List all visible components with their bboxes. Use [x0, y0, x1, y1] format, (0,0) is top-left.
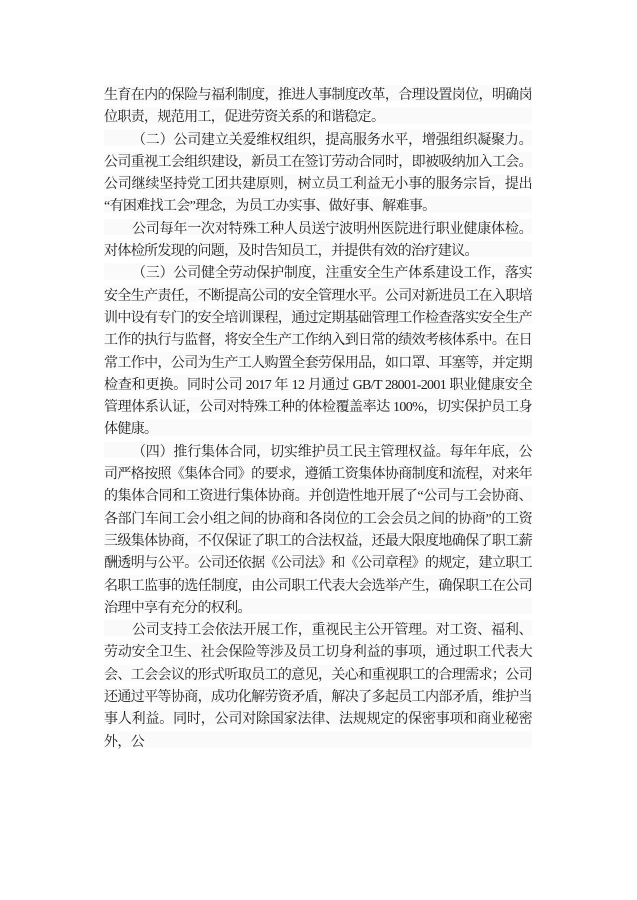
document-text-block: 生育在内的保险与福利制度，推进人事制度改革，合理设置岗位，明确岗位职责，规范用工… — [104, 85, 532, 754]
paragraph: （二）公司建立关爱维权组织，提高服务水平，增强组织凝聚力。公司重视工会组织建设，… — [104, 130, 532, 219]
paragraph: 生育在内的保险与福利制度，推进人事制度改革，合理设置岗位，明确岗位职责，规范用工… — [104, 85, 532, 130]
document-page: 生育在内的保险与福利制度，推进人事制度改革，合理设置岗位，明确岗位职责，规范用工… — [0, 0, 637, 900]
paragraph: 公司每年一次对特殊工种人员送宁波明州医院进行职业健康体检。对体检所发现的问题，及… — [104, 219, 532, 264]
paragraph: （三）公司健全劳动保护制度，注重安全生产体系建设工作，落实安全生产责任，不断提高… — [104, 263, 532, 441]
paragraph: 公司支持工会依法开展工作，重视民主公开管理。对工资、福利、劳动安全卫生、社会保险… — [104, 620, 532, 754]
paragraph: （四）推行集体合同，切实维护员工民主管理权益。每年年底，公司严格按照《集体合同》… — [104, 442, 532, 620]
